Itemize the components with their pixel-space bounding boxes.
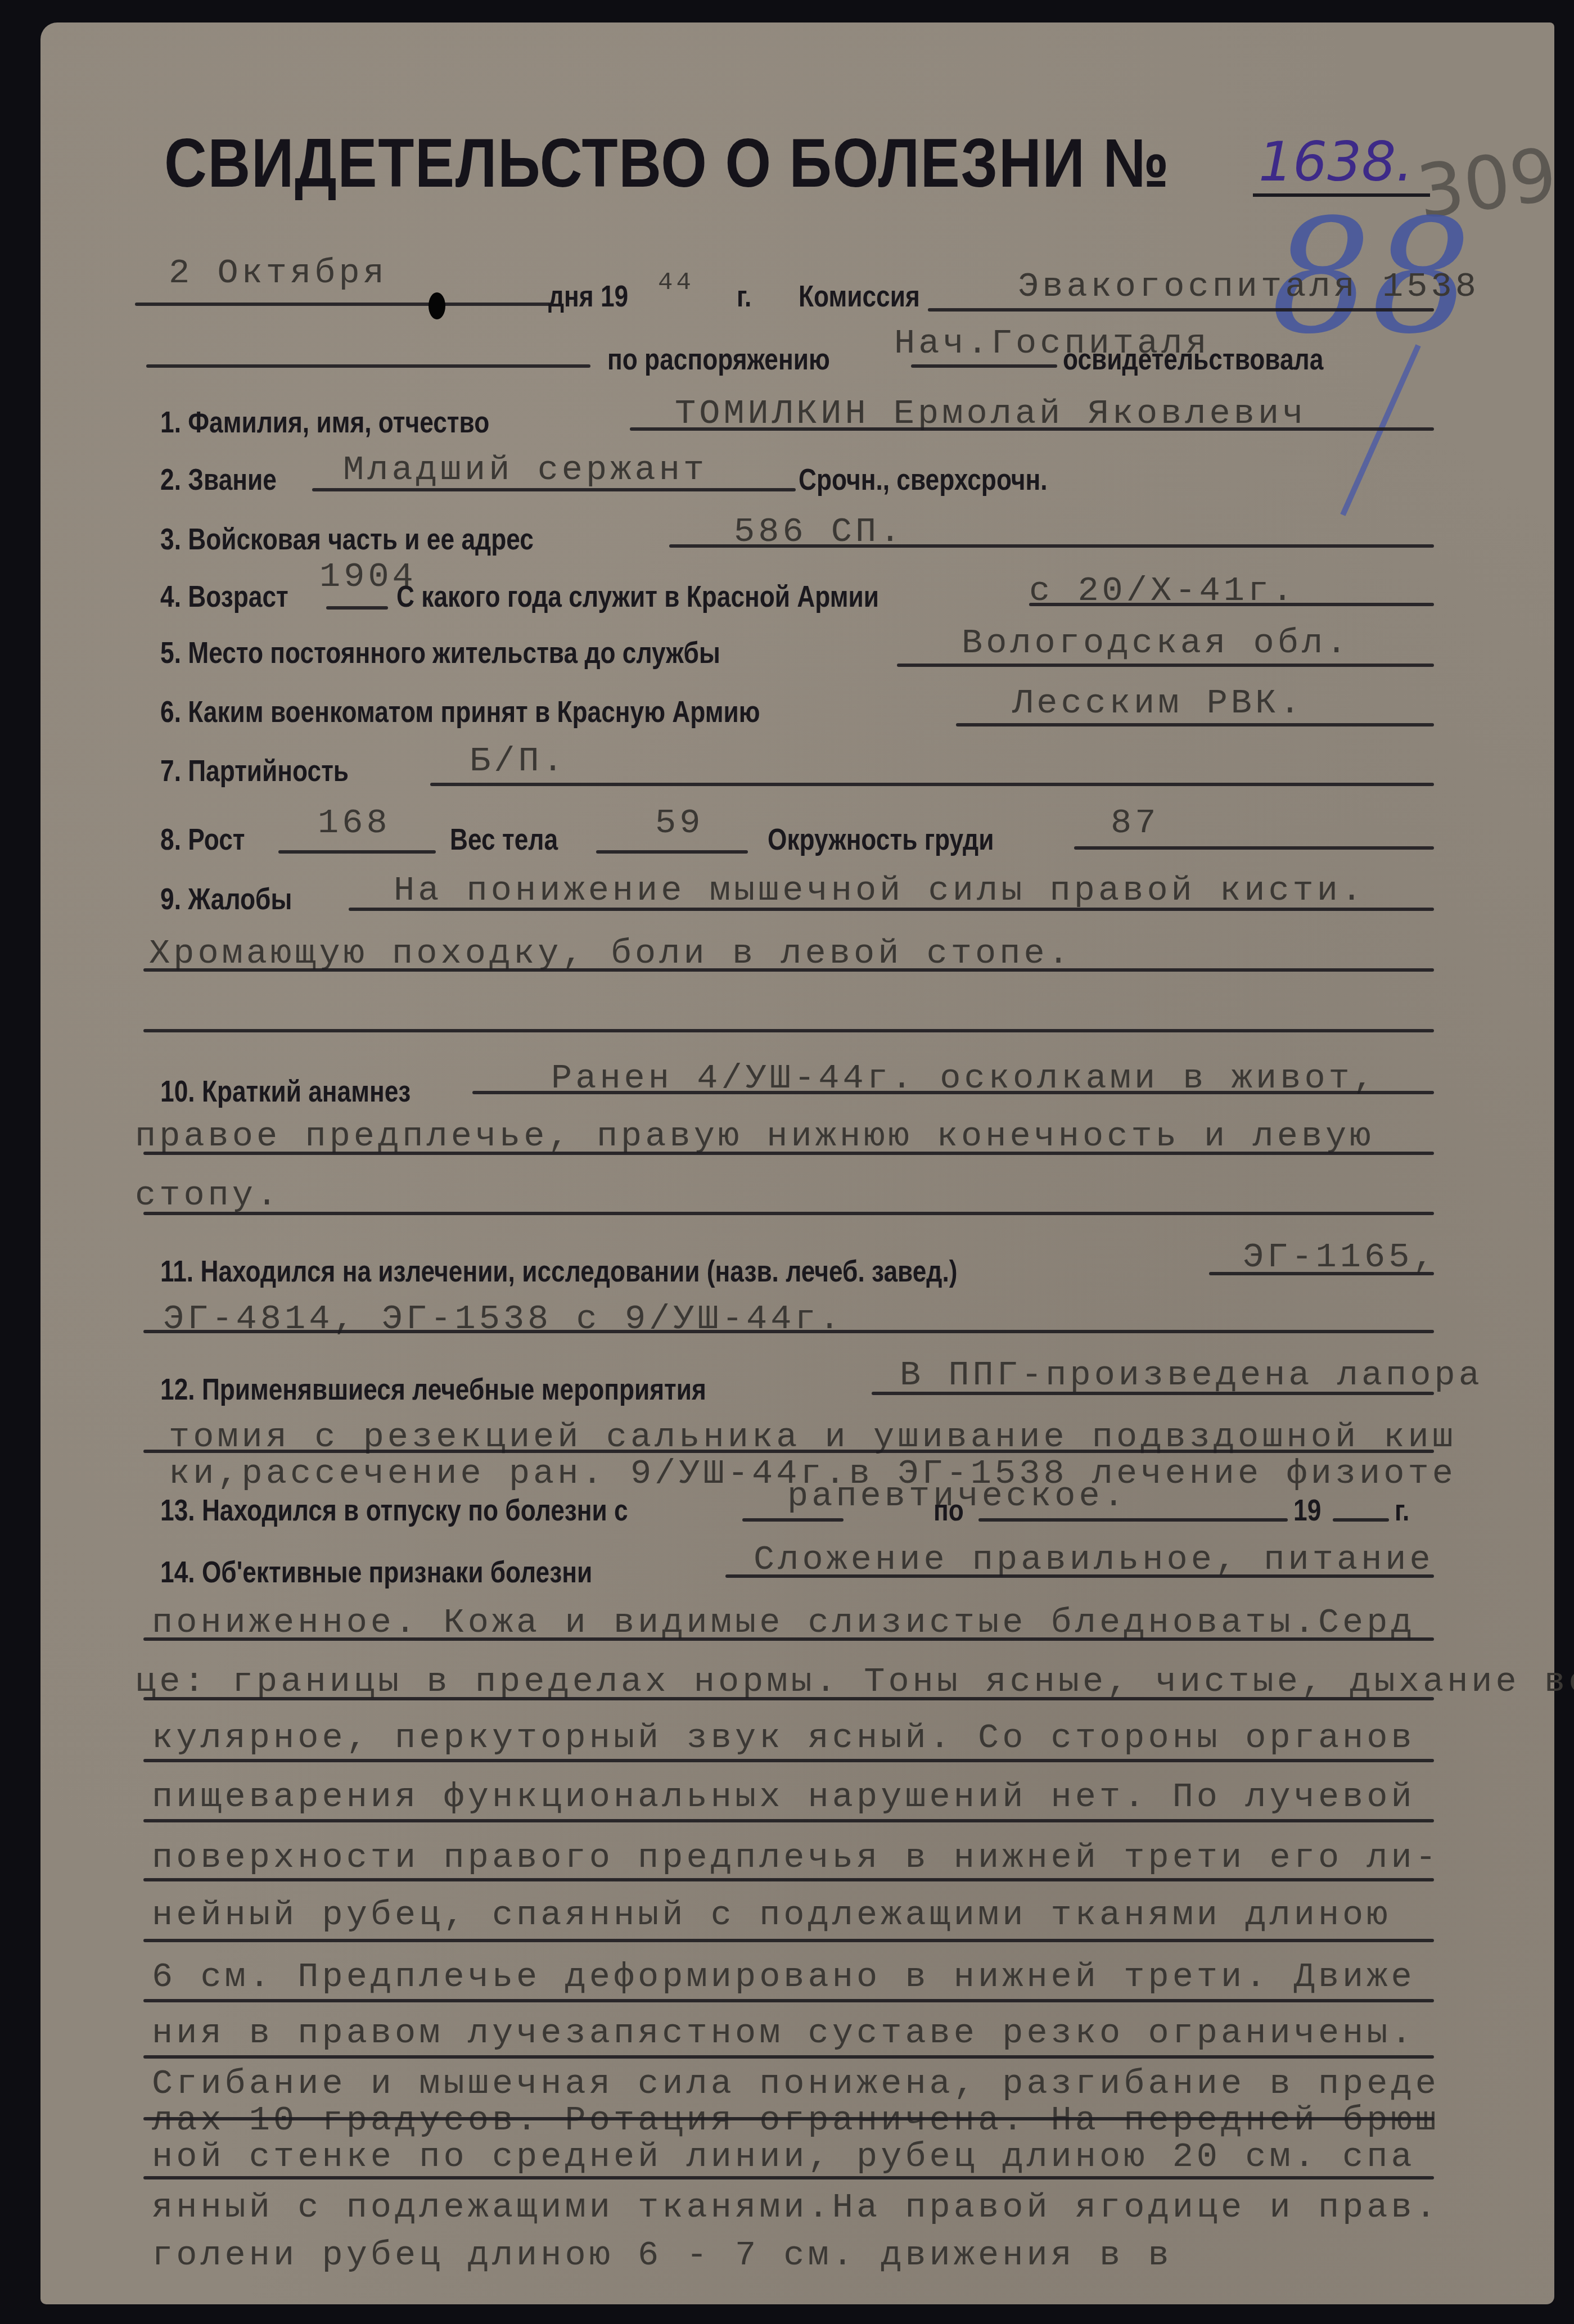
field-13-rule-year bbox=[1333, 1518, 1389, 1522]
findings-line-9: Сгибание и мышечная сила понижена, разги… bbox=[152, 2064, 1440, 2104]
field-13-rule-to bbox=[978, 1518, 1288, 1522]
field-8-rule3 bbox=[1074, 846, 1434, 850]
findings-rule-6 bbox=[143, 1939, 1434, 1942]
field-11-rule bbox=[1209, 1272, 1434, 1275]
ink-blot bbox=[429, 292, 445, 319]
field-13-year-label: 19 bbox=[1293, 1493, 1321, 1528]
field-8-label3: Окружность груди bbox=[768, 822, 994, 857]
field-9-rule3 bbox=[143, 1029, 1434, 1032]
field-9-label: 9. Жалобы bbox=[160, 882, 292, 917]
field-3-label: 3. Войсковая часть и ее адрес bbox=[160, 522, 534, 557]
findings-rule-8 bbox=[143, 2055, 1434, 2059]
field-11-label: 11. Находился на излечении, исследовании… bbox=[160, 1254, 957, 1289]
findings-rule-10 bbox=[143, 2176, 1434, 2179]
field-5-value: Вологодская обл. bbox=[962, 623, 1350, 663]
findings-line-2: це: границы в пределах нормы. Тоны ясные… bbox=[135, 1662, 1574, 1702]
field-11-rule2 bbox=[143, 1330, 1434, 1333]
field-8-chest: 87 bbox=[1111, 803, 1159, 843]
findings-rule-5 bbox=[143, 1878, 1434, 1881]
findings-rule-2 bbox=[143, 1697, 1434, 1700]
field-8-weight: 59 bbox=[655, 803, 703, 843]
findings-line-7: 6 см. Предплечье деформировано в нижней … bbox=[152, 1957, 1415, 1997]
field-8-rule bbox=[278, 850, 436, 854]
field-1-rule bbox=[630, 427, 1434, 431]
findings-rule-3 bbox=[143, 1759, 1434, 1762]
field-13-label: 13. Находился в отпуску по болезни с bbox=[160, 1493, 628, 1528]
field-6-value: Лесским РВК. bbox=[1012, 683, 1304, 723]
field-4-rule2 bbox=[1029, 603, 1434, 606]
findings-line-8: ния в правом лучезапястном суставе резко… bbox=[152, 2013, 1415, 2053]
date-rule bbox=[135, 303, 551, 306]
field-7-rule bbox=[430, 783, 1434, 786]
field-2-value: Младший сержант bbox=[343, 450, 707, 490]
field-6-label: 6. Каким военкоматом принят в Красную Ар… bbox=[160, 694, 760, 729]
findings-line-4: пищеварения функциональных нарушений нет… bbox=[152, 1777, 1415, 1817]
field-10-rule3 bbox=[143, 1212, 1434, 1215]
day-label: дня 19 bbox=[548, 279, 628, 314]
field-14-rule bbox=[725, 1574, 1434, 1578]
field-6-rule bbox=[956, 723, 1434, 726]
field-4-rule bbox=[326, 606, 388, 610]
field-14-value: Сложение правильное, питание bbox=[754, 1540, 1434, 1580]
order-rule-right bbox=[911, 364, 1057, 368]
field-12-label: 12. Применявшиеся лечебные мероприятия bbox=[160, 1372, 706, 1407]
findings-line-3: кулярное, перкуторный звук ясный. Со сто… bbox=[152, 1718, 1415, 1758]
year-suffix: 44 bbox=[658, 269, 694, 297]
date-typed: 2 Октября bbox=[169, 253, 387, 293]
field-12-rule bbox=[872, 1392, 1434, 1395]
field-10-rule2 bbox=[143, 1152, 1434, 1155]
findings-line-1: пониженное. Кожа и видимые слизистые бле… bbox=[152, 1603, 1415, 1642]
findings-rule-7 bbox=[143, 1999, 1434, 2002]
complaints-line-2: Хромающую походку, боли в левой стопе. bbox=[149, 933, 1072, 973]
field-12-value: В ППГ-произведена лапора bbox=[900, 1355, 1483, 1395]
findings-line-11: ной стенке по средней линии, рубец длино… bbox=[152, 2137, 1415, 2177]
field-3-rule bbox=[669, 544, 1434, 548]
field-5-rule bbox=[897, 664, 1434, 667]
field-14-label: 14. Об'ективные признаки болезни bbox=[160, 1555, 592, 1590]
field-8-label2: Вес тела bbox=[450, 822, 558, 857]
findings-rule-9 bbox=[143, 2117, 1434, 2120]
field-7-label: 7. Партийность bbox=[160, 753, 349, 788]
field-8-label: 8. Рост bbox=[160, 822, 245, 857]
field-7-value: Б/П. bbox=[470, 741, 567, 781]
commission-value: Эвакогоспиталя 1538 bbox=[1018, 267, 1480, 306]
field-8-height: 168 bbox=[318, 803, 391, 843]
field-1-label: 1. Фамилия, имя, отчество bbox=[160, 405, 489, 440]
field-10-rule bbox=[472, 1091, 1434, 1094]
field-9-rule2 bbox=[143, 968, 1434, 972]
examined-label: освидетельствовала bbox=[1063, 342, 1323, 377]
field-9-rule bbox=[349, 908, 1434, 911]
field-5-label: 5. Место постоянного жительства до служб… bbox=[160, 635, 720, 670]
field-10-label: 10. Краткий анамнез bbox=[160, 1074, 411, 1109]
field-2-suffix: Срочн., сверхсрочн. bbox=[799, 462, 1048, 497]
field-4-label2: С какого года служит в Красной Армии bbox=[396, 579, 879, 614]
field-11-value: ЭГ-1165, bbox=[1243, 1237, 1437, 1277]
anamnesis-line-2: правое предплечье, правую нижнюю конечно… bbox=[135, 1116, 1374, 1156]
commission-label: Комиссия bbox=[799, 279, 920, 314]
findings-line-13: голени рубец длиною 6 - 7 см. движения в… bbox=[152, 2235, 1172, 2275]
field-2-label: 2. Звание bbox=[160, 462, 277, 497]
field-4-label: 4. Возраст bbox=[160, 579, 288, 614]
field-2-rule bbox=[312, 488, 796, 491]
findings-rule-4 bbox=[143, 1819, 1434, 1822]
by-order-label: по распоряжению bbox=[607, 342, 830, 377]
field-12-rule2 bbox=[143, 1450, 1434, 1453]
findings-line-6: нейный рубец, спаянный с подлежащими тка… bbox=[152, 1895, 1391, 1935]
field-8-rule2 bbox=[596, 850, 748, 854]
document-title: СВИДЕТЕЛЬСТВО О БОЛЕЗНИ № bbox=[164, 124, 1170, 202]
findings-rule-1 bbox=[143, 1637, 1434, 1641]
field-13-rule-from bbox=[742, 1518, 844, 1522]
order-rule-left bbox=[146, 364, 590, 368]
field-13-end-label: г. bbox=[1395, 1493, 1409, 1528]
findings-line-12: янный с подлежащими тканями.На правой яг… bbox=[152, 2187, 1440, 2227]
complaints-line-1: На понижение мышечной силы правой кисти. bbox=[394, 870, 1365, 910]
field-13-to-label: по bbox=[933, 1493, 964, 1528]
year-label: г. bbox=[737, 279, 751, 314]
anamnesis-line-3: стопу. bbox=[135, 1175, 281, 1215]
findings-line-5: поверхности правого предплечья в нижней … bbox=[152, 1838, 1440, 1878]
commission-rule bbox=[928, 308, 1434, 312]
